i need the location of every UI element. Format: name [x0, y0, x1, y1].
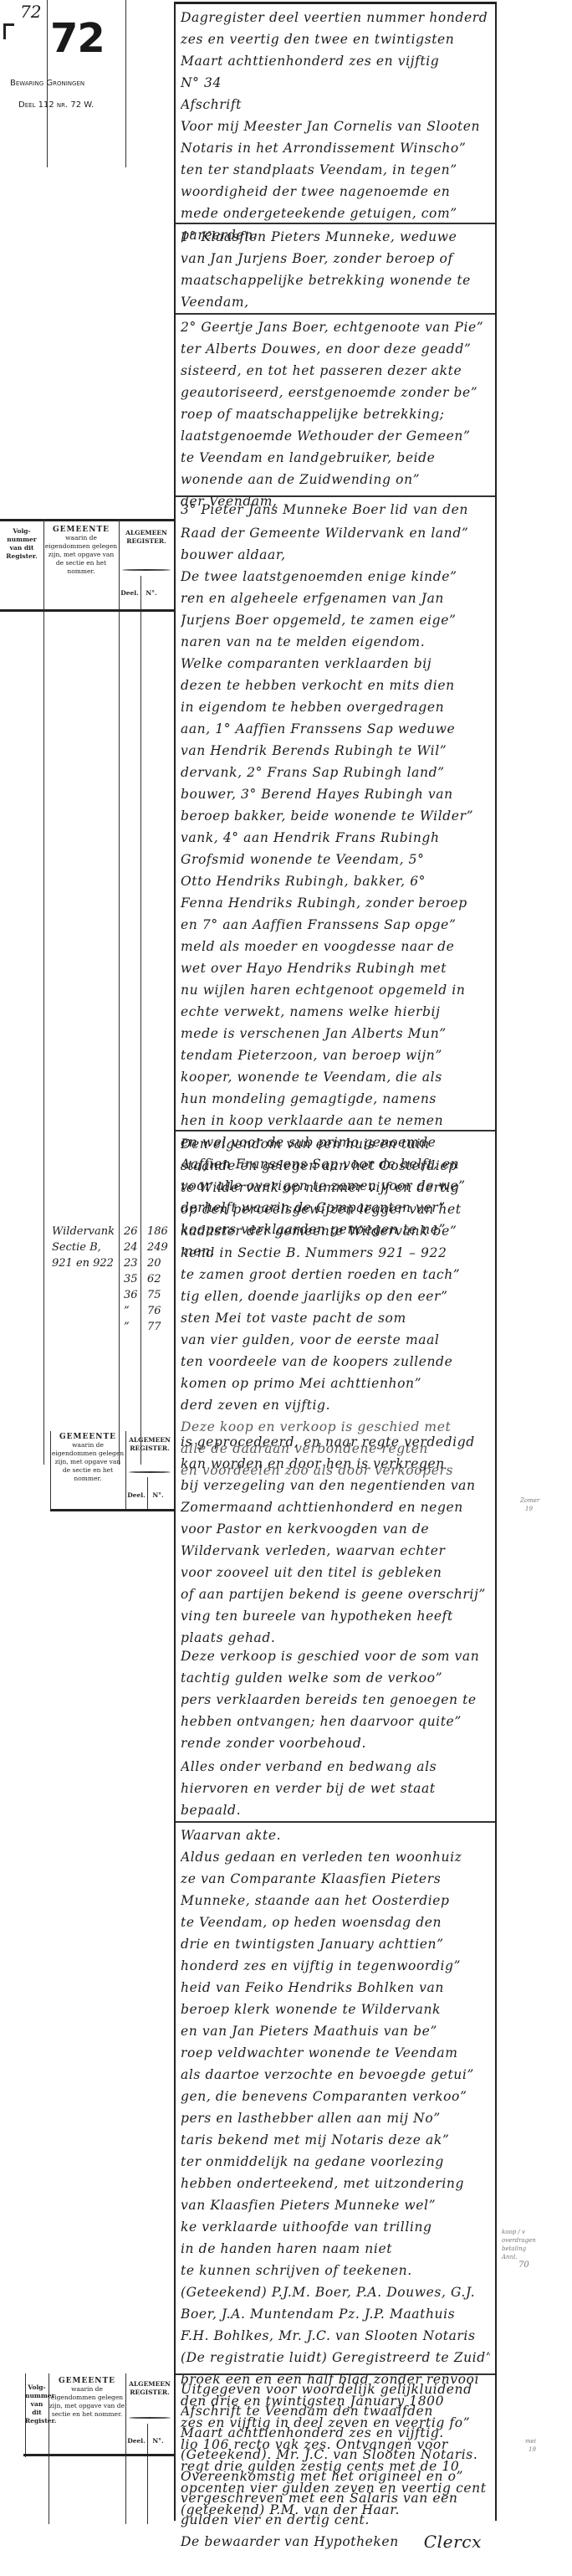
text-line: voor Pastor en kerkvoogden van de — [181, 1518, 490, 1540]
text-line: woordigheid der twee nagenoemde en — [181, 181, 490, 203]
text-line: tig ellen, doende jaarlijks op den eer” — [181, 1285, 490, 1307]
text-line: Grofsmid wonende te Veendam, 5° — [181, 849, 490, 870]
text-line: tachtig gulden welke som de verkoo” — [181, 1667, 490, 1689]
ledger-value: 26 — [124, 1224, 138, 1239]
header-nummer: N°. — [140, 589, 162, 598]
text-line: nu wijlen haren echtgenoot opgemeld in — [181, 979, 490, 1001]
text-line: Voor mij Meester Jan Cornelis van Sloote… — [181, 115, 490, 137]
text-line: en 7° aan Aaffien Franssens Sap opge” — [181, 914, 490, 936]
folio-number-small: 72 — [20, 2, 41, 22]
text-line: echte verwekt, namens welke hierbij — [181, 1001, 490, 1023]
text-line: meld als moeder en voogdesse naar de — [181, 936, 490, 957]
text-line: roep veldwachter wonende te Veendam — [181, 2042, 490, 2064]
text-line: Wildervank verleden, waarvan echter — [181, 1540, 490, 1562]
header-gemeente-desc: waarin de eigendommen gelegen zijn, met … — [49, 2385, 125, 2419]
keeper-line: De bewaarder van Hypotheken Clercx — [181, 2531, 490, 2564]
party-3-first-line: 3° Pieter Jans Munneke Boer lid van den — [181, 499, 490, 521]
text-line: te Veendam en landgebruiker, beide — [181, 447, 490, 469]
text-line: van vier gulden, voor de eerste maal — [181, 1329, 490, 1351]
text-line: vank, 4° aan Hendrik Frans Rubingh — [181, 827, 490, 849]
section-separator — [176, 495, 495, 497]
register-header: GEMEENTE waarin de eigendommen gelegen z… — [0, 1431, 174, 1511]
party-3-paragraph: Raad der Gemeente Wildervank en land”bou… — [181, 522, 490, 566]
party-1-paragraph: 1° Klaasfien Pieters Munneke, weduwevan … — [181, 226, 490, 313]
text-line: ze van Comparante Klaasfien Pieters — [181, 1868, 490, 1890]
text-line: Veendam, — [181, 291, 490, 313]
section-separator — [176, 1821, 495, 1823]
section-separator — [176, 1130, 495, 1131]
text-line: hebben onderteekend, met uitzondering — [181, 2173, 490, 2194]
ledger-value: 36 — [124, 1287, 138, 1303]
register-header: Volg-nummer van dit Register. GEMEENTE w… — [0, 519, 174, 611]
text-line: aan, 1° Aaffien Franssens Sap weduwe — [181, 718, 490, 740]
header-algemeen-register: ALGEMEEN REGISTER. — [125, 2380, 174, 2397]
ledger-value: 249 — [147, 1239, 168, 1255]
whereof-text: Waarvan akte. — [181, 1828, 281, 1843]
text-line: ten voordeele van de koopers zullende — [181, 1351, 490, 1373]
header-gemeente: GEMEENTE — [43, 526, 119, 534]
text-line: te Wildervank op nummer vijf en dertig — [181, 1177, 490, 1198]
text-line: gulden vier en dertig cent. — [181, 2509, 490, 2531]
ledger-value: 77 — [147, 1319, 168, 1335]
text-line: kend in Sectie B. Nummers 921 – 922 — [181, 1242, 490, 1264]
text-line: mede ondergeteekende getuigen, com” — [181, 203, 490, 224]
ledger-gemeente-line: Sectie B, — [52, 1239, 115, 1255]
column-border-left — [174, 2, 176, 2521]
act-type-line: Afschrift — [181, 94, 490, 115]
text-line: kooper, wonende te Veendam, die als — [181, 1066, 490, 1088]
ledger-value: 186 — [147, 1224, 168, 1239]
text-line: als daartoe verzochte en bevoegde getui” — [181, 2064, 490, 2086]
price-paragraph: Deze verkoop is geschied voor de som van… — [181, 1645, 490, 1754]
text-line: hen in koop verklaarde aan te nemen — [181, 1110, 490, 1131]
text-line: Overeenkomstig met het origineel en o” — [181, 2466, 490, 2487]
column-border-right — [495, 2, 497, 2521]
section-separator — [176, 2373, 495, 2375]
text-line: is geprocedeerd, en naar regte verdedigd — [181, 1431, 490, 1453]
text-line: Jurjens Boer opgemeld, te zamen eige” — [181, 609, 490, 631]
text-line: heid van Feiko Hendriks Bohlken van — [181, 1977, 490, 1999]
text-line: beroep klerk wonende te Wildervank — [181, 1999, 490, 2020]
text-line: hun mondeling gemagtigde, namens — [181, 1088, 490, 1110]
text-line: van Jan Jurjens Boer, zonder beroep of — [181, 248, 490, 269]
ledger-value: 23 — [124, 1255, 138, 1271]
text-line: voor zooveel uit den titel is gebleken — [181, 1562, 490, 1583]
text-line: Boer, J.A. Muntendam Pz. J.P. Maathuis — [181, 2303, 490, 2325]
text-line: hebben ontvangen; hen daarvoor quite” — [181, 1711, 490, 1732]
keeper-title: De bewaarder van Hypotheken — [181, 2531, 399, 2553]
ledger-gemeente: Wildervank Sectie B, 921 en 922 — [52, 1224, 115, 1271]
text-line: ter onmiddelijk na gedane voorlezing — [181, 2151, 490, 2173]
text-line: ving ten bureele van hypotheken heeft — [181, 1605, 490, 1627]
ledger-value: ” — [124, 1319, 138, 1335]
header-gemeente: GEMEENTE — [50, 1433, 125, 1441]
text-line: geautoriseerd, eerstgenoemde zonder be” — [181, 382, 490, 403]
text-line: van Hendrik Berends Rubingh te Wil” — [181, 740, 490, 762]
text-line: laatstgenoemde Wethouder der Gemeen” — [181, 425, 490, 447]
text-line: en van Jan Pieters Maathuis van be” — [181, 2020, 490, 2042]
text-line: pers en lasthebber allen aan mij No” — [181, 2107, 490, 2129]
register-header: Volg-nummer van dit Register. GEMEENTE w… — [0, 2373, 174, 2457]
terms-paragraph: Alles onder verband en bedwang alshiervo… — [181, 1756, 490, 1821]
text-line: Zomermaand achttienhonderd en negen — [181, 1496, 490, 1518]
text-line: komen op primo Mei achttienhon” — [181, 1373, 490, 1394]
text-line: taris bekend met mij Notaris deze ak” — [181, 2129, 490, 2151]
text-line: Den eigendom van een huis en tuin — [181, 1133, 490, 1155]
text-line: Deze verkoop is geschied voor de som van — [181, 1645, 490, 1667]
text-line: kan worden en door hen is verkregen — [181, 1453, 490, 1475]
text-line: kadaster der gemeente Wildervank be” — [181, 1220, 490, 1242]
header-algemeen-register: ALGEMEEN REGISTER. — [119, 529, 174, 546]
text-line: wet over Hayo Hendriks Rubingh met — [181, 957, 490, 979]
text-line: 1° Klaasfien Pieters Munneke, weduwe — [181, 226, 490, 248]
text-line: rende zonder voorbehoud. — [181, 1732, 490, 1754]
party-2-paragraph: 2° Geertje Jans Boer, echtgenoote van Pi… — [181, 316, 490, 512]
text-line: pers verklaarden bereids ten genoegen te — [181, 1689, 490, 1711]
text-line: te kunnen schrijven of teekenen. — [181, 2260, 490, 2281]
text-line: Alles onder verband en bedwang als — [181, 1756, 490, 1778]
text-line: Fenna Hendriks Rubingh, zonder beroep — [181, 892, 490, 914]
keeper-signature: Clercx — [424, 2531, 482, 2553]
issue-paragraph: Uitgegeven voor woordelijk gelijkluidend… — [181, 2378, 490, 2531]
ledger-divider — [43, 611, 44, 1465]
text-line: bouwer, 3° Berend Hayes Rubingh van — [181, 783, 490, 805]
text-line: Munneke, staande aan het Oosterdiep — [181, 1890, 490, 1911]
text-line: vergeschreven met een Salaris van een — [181, 2487, 490, 2509]
text-line: in eigendom te hebben overgedragen — [181, 696, 490, 718]
act-type: Afschrift — [181, 97, 242, 112]
header-nummer: N°. — [147, 1491, 169, 1500]
text-line: Uitgegeven voor woordelijk gelijkluidend — [181, 2378, 490, 2400]
text-line: (De registratie luidt) Geregistreerd te … — [181, 2347, 490, 2368]
text-line: Maart achttienhonderd zes en vijftig. — [181, 2422, 490, 2444]
text-line: sisteerd, en tot het passeren dezer akte — [181, 360, 490, 382]
margin-note: mei19 — [525, 2437, 536, 2454]
ledger-value: 20 — [147, 1255, 168, 1271]
text-line: Welke comparanten verklaarden bij — [181, 653, 490, 675]
whereof-line: Waarvan akte. — [181, 1824, 490, 1846]
text-line: gen, die benevens Comparanten verkoo” — [181, 2086, 490, 2107]
text-line: dezen te hebben verkocht en mits dien — [181, 675, 490, 696]
ledger-value: 62 — [147, 1271, 168, 1287]
ledger-value: ” — [124, 1303, 138, 1319]
header-algemeen-register: ALGEMEEN REGISTER. — [125, 1436, 174, 1453]
text-line: 2° Geertje Jans Boer, echtgenoote van Pi… — [181, 316, 490, 338]
ledger-value: 24 — [124, 1239, 138, 1255]
section-separator — [176, 223, 495, 224]
text-line: sten Mei tot vaste pacht de som — [181, 1307, 490, 1329]
ledger-deel-values: 2624233536”” — [124, 1224, 138, 1335]
text-line: in de handen haren naam niet — [181, 2238, 490, 2260]
text-line: drie en twintigsten January achttien” — [181, 1933, 490, 1955]
text-line: te zamen groot dertien roeden en tach” — [181, 1264, 490, 1285]
ledger-gemeente-line: 921 en 922 — [52, 1255, 115, 1271]
text-line: Otto Hendriks Rubingh, bakker, 6° — [181, 870, 490, 892]
text-line: Afschrift te Veendam den twaalfden — [181, 2400, 490, 2422]
ledger-value: 75 — [147, 1287, 168, 1303]
ledger-nummer-values: 1862492062757677 — [147, 1224, 168, 1335]
sale-continuation: is geprocedeerd, en naar regte verdedigd… — [181, 1431, 490, 1649]
margin-note: Zomer19 — [520, 1496, 539, 1513]
text-line: tendam Pieterzoon, van beroep wijn” — [181, 1044, 490, 1066]
text-line: beroep bakker, beide wonende te Wilder” — [181, 805, 490, 827]
text-line: Dagregister deel veertien nummer honderd — [181, 7, 490, 28]
text-line: bij verzegeling van den negentienden van — [181, 1475, 490, 1496]
text-line: wonende aan de Zuidwending on” — [181, 469, 490, 490]
header-nummer: N°. — [147, 2437, 169, 2445]
text-line: roep of maatschappelijke betrekking; — [181, 403, 490, 425]
text-line: F.H. Bohlkes, Mr. J.C. van Slooten Notar… — [181, 2325, 490, 2347]
header-volgnummer: Volg-nummer van dit Register. — [0, 527, 43, 561]
text-line: De twee laatstgenoemden enige kinde” — [181, 566, 490, 588]
text-line: naren van na te melden eigendom. — [181, 631, 490, 653]
ledger-gemeente-line: Wildervank — [52, 1224, 115, 1239]
column-top-rule — [176, 2, 495, 4]
ledger-value: 76 — [147, 1303, 168, 1319]
ledger-divider — [119, 611, 120, 1465]
text-line: ten ter standplaats Veendam, in tegen” — [181, 159, 490, 181]
text-line: bouwer aldaar, — [181, 544, 490, 566]
text-line: ke verklaarde uithoofde van trilling — [181, 2216, 490, 2238]
header-gemeente-desc: waarin de eigendommen gelegen zijn, met … — [50, 1441, 125, 1483]
archive-reference: Deel 112 nr. 72 W. — [18, 100, 94, 110]
text-line: Aldus gedaan en verleden ten woonhuiz — [181, 1846, 490, 1868]
header-deel: Deel. — [119, 589, 140, 598]
text-line: staande en gelegen aan het Oosterdiep — [181, 1155, 490, 1177]
header-gemeente-desc: waarin de eigendommen gelegen zijn, met … — [43, 534, 119, 576]
margin-note: koop / v overdragen betaling Annl. 70 — [502, 2228, 536, 2270]
text-line: of aan partijen bekend is geene overschr… — [181, 1583, 490, 1605]
day-register-intro: Dagregister deel veertien nummer honderd… — [181, 7, 490, 115]
section-separator — [176, 313, 495, 315]
text-line: te Veendam, op heden woensdag den — [181, 1911, 490, 1933]
text-line: Raad der Gemeente Wildervank en land” — [181, 522, 490, 544]
header-gemeente: GEMEENTE — [49, 2377, 125, 2385]
header-deel: Deel. — [125, 1491, 147, 1500]
text-line: (Geteekend) P.J.M. Boer, P.A. Douwes, G.… — [181, 2281, 490, 2303]
index-divider — [125, 0, 126, 167]
text-line: 3° Pieter Jans Munneke Boer lid van den — [181, 499, 490, 521]
text-line: ter Alberts Douwes, en door deze geadd” — [181, 338, 490, 360]
corner-mark — [3, 23, 14, 39]
text-line: dervank, 2° Frans Sap Rubingh land” — [181, 762, 490, 783]
ledger-value: 35 — [124, 1271, 138, 1287]
text-line: zes en veertig den twee en twintigsten — [181, 28, 490, 50]
text-line: bepaald. — [181, 1799, 490, 1821]
act-number: N° 34 — [181, 75, 222, 90]
text-line: derd zeven en vijftig. — [181, 1394, 490, 1416]
header-deel: Deel. — [125, 2437, 147, 2445]
text-line: ren en algeheele erfgenamen van Jan — [181, 588, 490, 609]
text-line: hiervoren en verder bij de wet staat — [181, 1778, 490, 1799]
act-number-line: N° 34 — [181, 72, 490, 94]
ledger-divider — [140, 611, 141, 1465]
text-line: mede is verschenen Jan Alberts Mun” — [181, 1023, 490, 1044]
text-line: Maart achttienhonderd zes en vijftig — [181, 50, 490, 72]
text-line: Notaris in het Arrondissement Winscho” — [181, 137, 490, 159]
property-paragraph: Den eigendom van een huis en tuinstaande… — [181, 1133, 490, 1416]
text-line: (Geteekend). Mr. J.C. van Slooten Notari… — [181, 2444, 490, 2466]
text-line: op den perceelsgewijzen legger van het — [181, 1198, 490, 1220]
text-line: honderd zes en vijftig in tegenwoordig” — [181, 1955, 490, 1977]
archive-office: Bewaring Groningen — [10, 79, 84, 88]
folio-number-large: 72 — [50, 15, 100, 62]
header-volgnummer: Volg-nummer van dit Register. — [25, 2384, 49, 2425]
text-line: van Klaasfien Pieters Munneke wel” — [181, 2194, 490, 2216]
text-line: maatschappelijke betrekking wonende te — [181, 269, 490, 291]
